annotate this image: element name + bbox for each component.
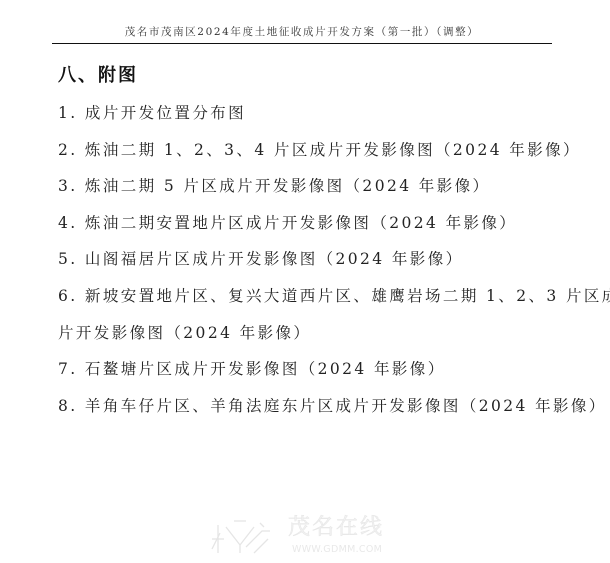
- figure-list: 1. 成片开发位置分布图 2. 炼油二期 1、2、3、4 片区成片开发影像图（2…: [58, 95, 568, 424]
- section-heading: 八、附图: [58, 64, 138, 88]
- figure-item-3: 3. 炼油二期 5 片区成片开发影像图（2024 年影像）: [58, 168, 568, 205]
- figure-item-6: 6. 新坡安置地片区、复兴大道西片区、雄鹰岩场二期 1、2、3 片区成: [58, 278, 568, 315]
- figure-item-7: 7. 石鳌塘片区成片开发影像图（2024 年影像）: [58, 351, 568, 388]
- gdmm-logo-icon: [210, 519, 272, 555]
- watermark: 茂名在线 WWW.GDMM.COM: [210, 515, 410, 560]
- figure-item-5: 5. 山阁福居片区成片开发影像图（2024 年影像）: [58, 241, 568, 278]
- figure-item-2: 2. 炼油二期 1、2、3、4 片区成片开发影像图（2024 年影像）: [58, 132, 568, 169]
- figure-item-4: 4. 炼油二期安置地片区成片开发影像图（2024 年影像）: [58, 205, 568, 242]
- figure-item-1: 1. 成片开发位置分布图: [58, 95, 568, 132]
- running-title: 茂名市茂南区2024年度土地征收成片开发方案（第一批）（调整）: [125, 26, 480, 38]
- watermark-title: 茂名在线: [288, 515, 384, 541]
- page-running-header: 茂名市茂南区2024年度土地征收成片开发方案（第一批）（调整）: [52, 24, 552, 44]
- watermark-url: WWW.GDMM.COM: [292, 544, 382, 556]
- figure-item-6-continued: 片开发影像图（2024 年影像）: [58, 315, 568, 352]
- figure-item-8: 8. 羊角车仔片区、羊角法庭东片区成片开发影像图（2024 年影像）: [58, 388, 568, 425]
